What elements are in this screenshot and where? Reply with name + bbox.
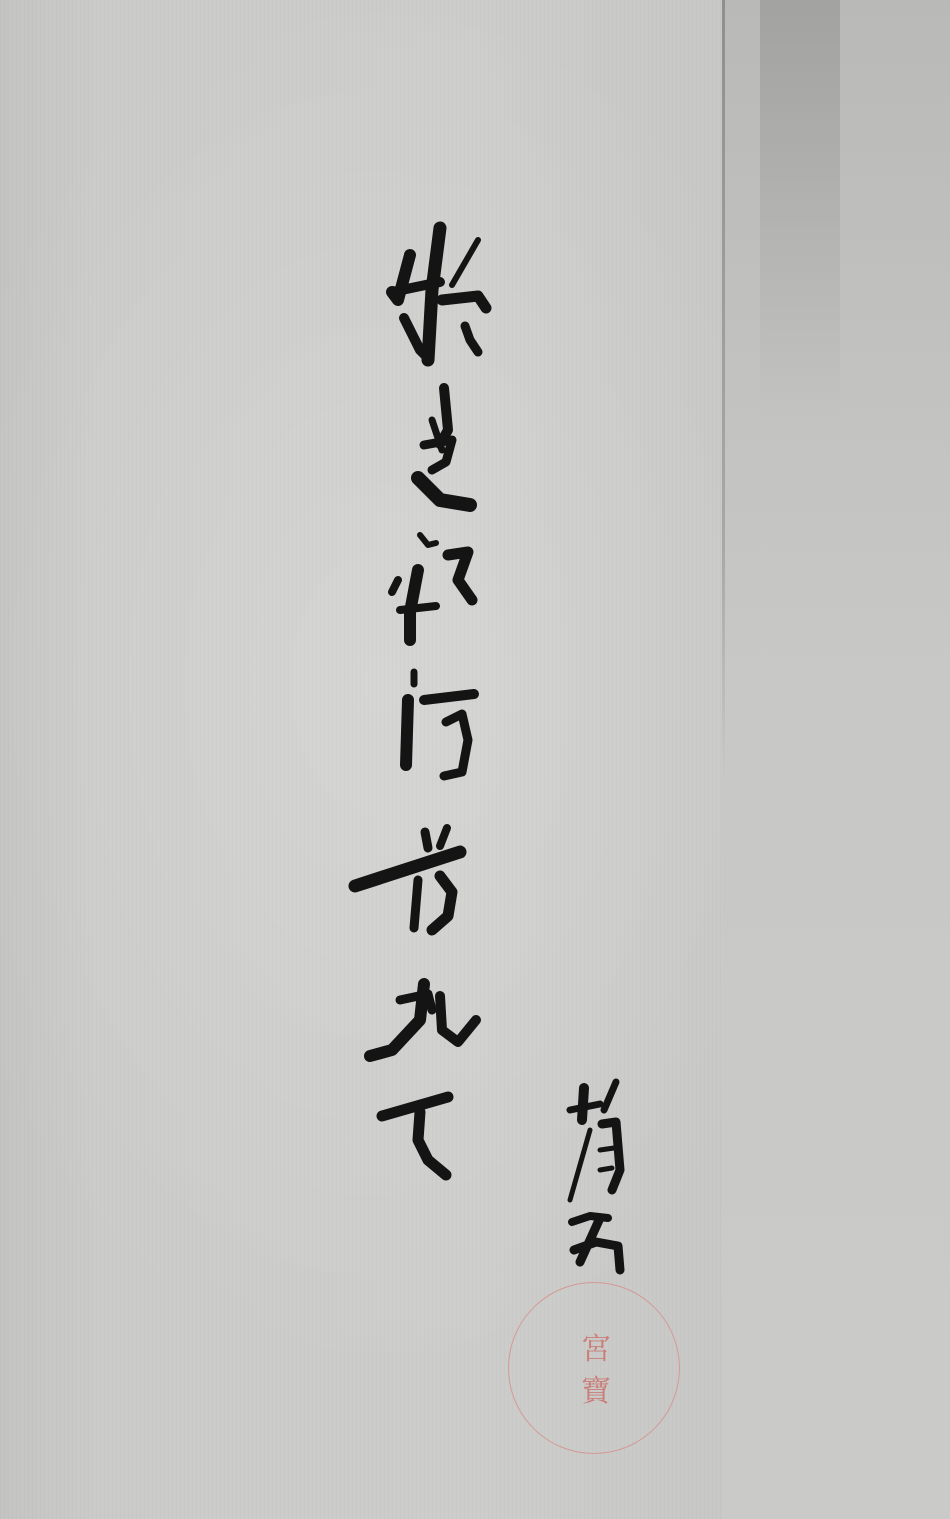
- char-gin: [392, 535, 472, 640]
- scroll-paper: 於是銀河昔九て 杉月筆: [0, 0, 950, 1519]
- seal-char-top: 宮: [579, 1333, 613, 1367]
- calligraphy-ink: [0, 0, 950, 1519]
- char-seki: [355, 828, 460, 930]
- char-kyu: [370, 984, 476, 1056]
- char-ze: [418, 388, 470, 505]
- red-seal: 宮 寶: [508, 1282, 680, 1454]
- char-yu: [392, 228, 486, 360]
- char-te: [382, 1097, 448, 1175]
- signature-ink: [570, 1082, 620, 1270]
- seal-char-bottom: 寶: [579, 1375, 613, 1409]
- char-ka: [406, 672, 474, 776]
